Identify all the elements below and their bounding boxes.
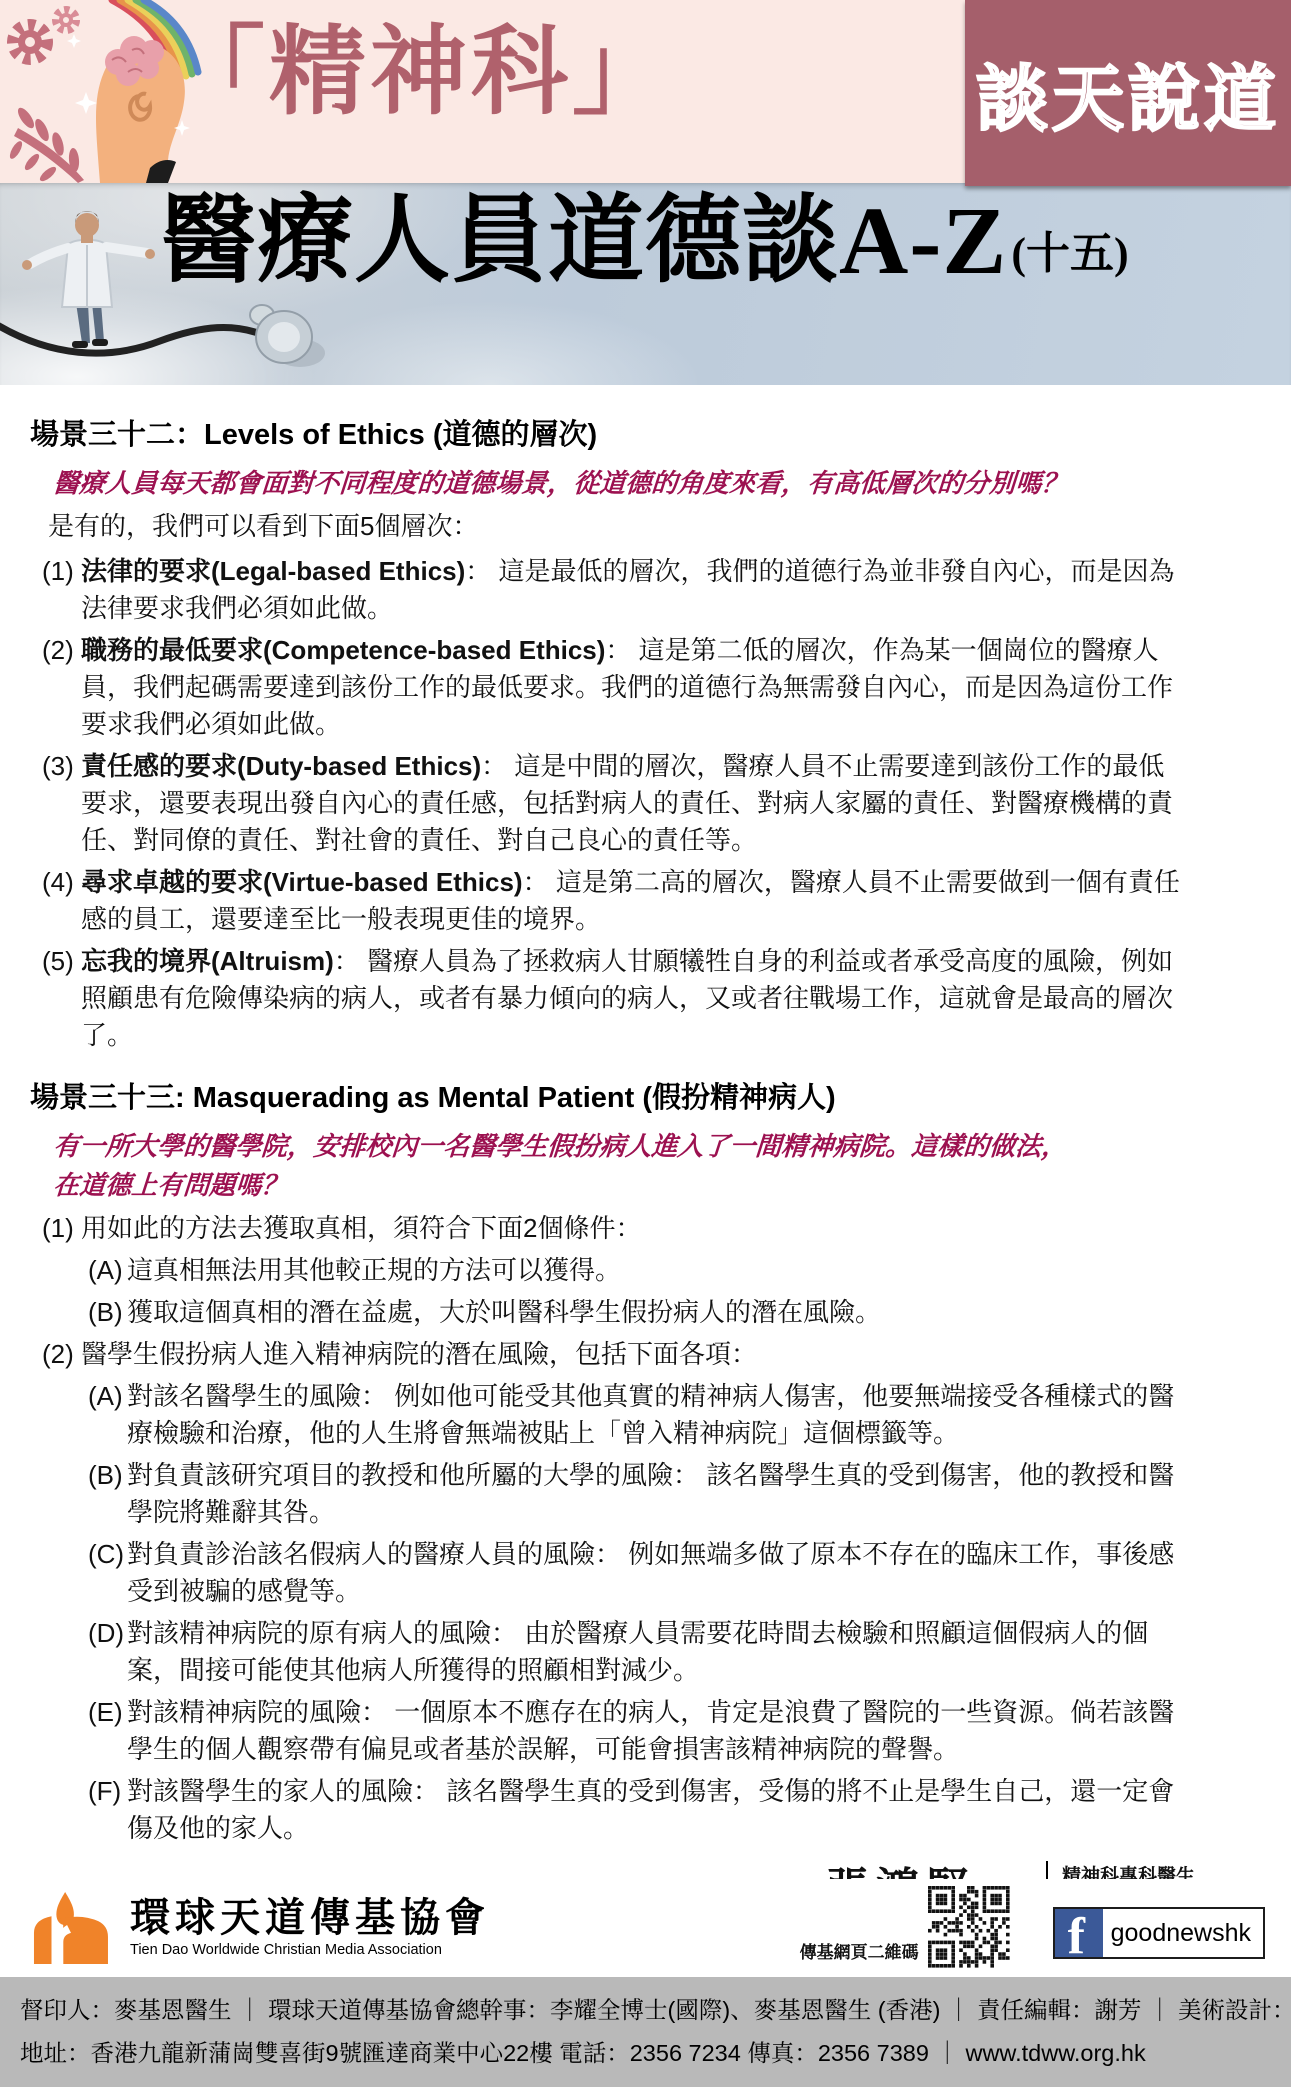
item-number: (5) — [42, 943, 81, 980]
subitem-text: 這真相無法用其他較正規的方法可以獲得。 — [127, 1255, 621, 1285]
imprint-line-1: 督印人：麥基恩醫生 ｜ 環球天道傳基協會總幹事：李耀全博士(國際)、麥基恩醫生 … — [20, 1989, 1271, 2032]
subitem-letter: (D) — [88, 1615, 127, 1652]
scene32-list: (1)法律的要求(Legal-based Ethics)： 這是最低的層次，我們… — [30, 553, 1181, 1054]
subitem-letter: (A) — [88, 1378, 127, 1415]
item-number: (2) — [42, 1336, 81, 1373]
subitem-letter: (A) — [88, 1252, 127, 1289]
item-lead: 職務的最低要求(Competence-based Ethics) — [81, 635, 605, 665]
item-number: (3) — [42, 748, 81, 785]
footer-links: 傳基網頁二維碼 f goodnewshk — [800, 1885, 1265, 1969]
top-banner: 「精神科」 談天說道 — [0, 0, 1291, 183]
tiendao-logo-icon — [26, 1890, 114, 1964]
ethics-level-item: (4)尋求卓越的要求(Virtue-based Ethics)： 這是第二高的層… — [42, 864, 1181, 938]
scene32-heading: 場景三十二：Levels of Ethics (道德的層次) — [30, 413, 1251, 457]
article-body: 場景三十二：Levels of Ethics (道德的層次) 醫療人員每天都會面… — [0, 385, 1291, 1919]
facebook-f-glyph: f — [1068, 1911, 1085, 1957]
risk-subitem: (B)獲取這個真相的潛在益處，大於叫醫科學生假扮病人的潛在風險。 — [88, 1294, 1187, 1331]
imprint-line-2: 地址：香港九龍新蒲崗雙喜街9號匯達商業中心22樓 電話：2356 7234 傳真… — [20, 2032, 1271, 2075]
footer-logo-row: 環球天道傳基協會 Tien Dao Worldwide Christian Me… — [0, 1879, 1291, 1975]
subitem-letter: (E) — [88, 1694, 127, 1731]
scene32-intro: 是有的，我們可以看到下面5個層次： — [30, 508, 1251, 545]
hero-section: 醫療人員道德談A-Z(十五) — [0, 183, 1291, 385]
facebook-icon: f — [1055, 1909, 1103, 1957]
item-lead: 尋求卓越的要求(Virtue-based Ethics) — [81, 867, 523, 897]
risk-subitem: (D)對該精神病院的原有病人的風險： 由於醫療人員需要花時間去檢驗和照顧這個假病… — [88, 1615, 1187, 1689]
scene33-list: (1)用如此的方法去獲取真相，須符合下面2個條件： (A)這真相無法用其他較正規… — [30, 1210, 1189, 1847]
ethics-level-item: (1)法律的要求(Legal-based Ethics)： 這是最低的層次，我們… — [42, 553, 1181, 627]
talk-tin-shut-to-logo: 談天說道 — [965, 0, 1291, 186]
qr-label: 傳基網頁二維碼 — [800, 1938, 919, 1963]
subitem-text: 對該精神病院的風險： 一個原本不應存在的病人，肯定是浪費了醫院的一些資源。倘若該… — [127, 1697, 1174, 1764]
qr-code — [927, 1885, 1011, 1969]
risk-item: (2)醫學生假扮病人進入精神病院的潛在風險，包括下面各項： — [42, 1336, 1189, 1373]
item-number: (1) — [42, 553, 81, 590]
risk-item: (1)用如此的方法去獲取真相，須符合下面2個條件： — [42, 1210, 1189, 1247]
item-lead: 忘我的境界(Altruism) — [81, 946, 334, 976]
scene33-question-line1: 有一所大學的醫學院，安排校內一名醫學生假扮病人進入了一間精神病院。這樣的做法， — [30, 1128, 1254, 1165]
scene32-question: 醫療人員每天都會面對不同程度的道德場景，從道德的角度來看，有高低層次的分別嗎？ — [30, 465, 1254, 502]
risk-group: (1)用如此的方法去獲取真相，須符合下面2個條件： (A)這真相無法用其他較正規… — [30, 1210, 1189, 1331]
item-lead: 法律的要求(Legal-based Ethics) — [81, 556, 465, 586]
risk-subitem: (A)對該名醫學生的風險： 例如他可能受其他真實的精神病人傷害，他要無端接受各種… — [88, 1378, 1187, 1452]
subitem-text: 對負責該研究項目的教授和他所屬的大學的風險： 該名醫學生真的受到傷害，他的教授和… — [127, 1460, 1174, 1527]
subitem-text: 對該精神病院的原有病人的風險： 由於醫療人員需要花時間去檢驗和照顧這個假病人的個… — [127, 1618, 1148, 1685]
subitem-letter: (B) — [88, 1457, 127, 1494]
risk-subitems: (A)這真相無法用其他較正規的方法可以獲得。 (B)獲取這個真相的潛在益處，大於… — [30, 1252, 1189, 1331]
scene33-question-line2: 在道德上有問題嗎？ — [30, 1167, 1254, 1204]
risk-subitems: (A)對該名醫學生的風險： 例如他可能受其他真實的精神病人傷害，他要無端接受各種… — [30, 1378, 1189, 1847]
item-text: 用如此的方法去獲取真相，須符合下面2個條件： — [81, 1213, 641, 1243]
risk-subitem: (C)對負責診治該名假病人的醫療人員的風險： 例如無端多做了原本不存在的臨床工作… — [88, 1536, 1187, 1610]
main-title-part-number: (十五) — [1011, 229, 1128, 278]
main-title: 醫療人員道德談A-Z(十五) — [160, 191, 1129, 292]
tiendao-association: 環球天道傳基協會 Tien Dao Worldwide Christian Me… — [26, 1890, 490, 1964]
stethoscope-chestpiece — [250, 305, 325, 367]
risk-subitem: (E)對該精神病院的風險： 一個原本不應存在的病人，肯定是浪費了醫院的一些資源。… — [88, 1694, 1187, 1768]
subitem-letter: (F) — [88, 1773, 127, 1810]
org-name-en: Tien Dao Worldwide Christian Media Assoc… — [130, 1942, 490, 1958]
gears-icon — [13, 10, 76, 59]
risk-subitem: (A)這真相無法用其他較正規的方法可以獲得。 — [88, 1252, 1187, 1289]
imprint-bar: 督印人：麥基恩醫生 ｜ 環球天道傳基協會總幹事：李耀全博士(國際)、麥基恩醫生 … — [0, 1977, 1291, 2087]
risk-subitem: (B)對負責該研究項目的教授和他所屬的大學的風險： 該名醫學生真的受到傷害，他的… — [88, 1457, 1187, 1531]
series-title: 「精神科」 — [168, 0, 673, 163]
subitem-letter: (B) — [88, 1294, 127, 1331]
ethics-level-item: (2)職務的最低要求(Competence-based Ethics)： 這是第… — [42, 632, 1181, 743]
item-lead: 責任感的要求(Duty-based Ethics) — [81, 751, 481, 781]
risk-group: (2)醫學生假扮病人進入精神病院的潛在風險，包括下面各項： (A)對該名醫學生的… — [30, 1336, 1189, 1847]
item-number: (2) — [42, 632, 81, 669]
org-name-zh: 環球天道傳基協會 — [130, 1896, 490, 1940]
item-number: (1) — [42, 1210, 81, 1247]
scene33-heading: 場景三十三: Masquerading as Mental Patient (假… — [30, 1076, 1251, 1120]
stethoscope-tube — [0, 323, 258, 353]
subitem-text: 獲取這個真相的潛在益處，大於叫醫科學生假扮病人的潛在風險。 — [127, 1297, 881, 1327]
org-names: 環球天道傳基協會 Tien Dao Worldwide Christian Me… — [130, 1896, 490, 1958]
ethics-level-item: (5)忘我的境界(Altruism)： 醫療人員為了拯救病人甘願犧牲自身的利益或… — [42, 943, 1181, 1054]
subitem-text: 對負責診治該名假病人的醫療人員的風險： 例如無端多做了原本不存在的臨床工作，事後… — [127, 1539, 1174, 1606]
doctor-figure — [22, 211, 155, 348]
subitem-text: 對該名醫學生的風險： 例如他可能受其他真實的精神病人傷害，他要無端接受各種樣式的… — [127, 1381, 1174, 1448]
risk-subitem: (F)對該醫學生的家人的風險： 該名醫學生真的受到傷害，受傷的將不止是學生自己，… — [88, 1773, 1187, 1847]
main-title-text: 醫療人員道德談A-Z — [160, 187, 1007, 294]
talk-logo-text: 談天說道 — [976, 41, 1280, 145]
facebook-handle: goodnewshk — [1103, 1919, 1263, 1948]
poster-page: 「精神科」 談天說道 — [0, 0, 1291, 2087]
subitem-text: 對該醫學生的家人的風險： 該名醫學生真的受到傷害，受傷的將不止是學生自己，還一定… — [127, 1776, 1174, 1843]
item-text: 醫學生假扮病人進入精神病院的潛在風險，包括下面各項： — [81, 1339, 757, 1369]
item-number: (4) — [42, 864, 81, 901]
ethics-level-item: (3)責任感的要求(Duty-based Ethics)： 這是中間的層次，醫療… — [42, 748, 1181, 859]
floral-icon — [8, 105, 84, 183]
subitem-letter: (C) — [88, 1536, 127, 1573]
facebook-badge: f goodnewshk — [1053, 1907, 1265, 1959]
